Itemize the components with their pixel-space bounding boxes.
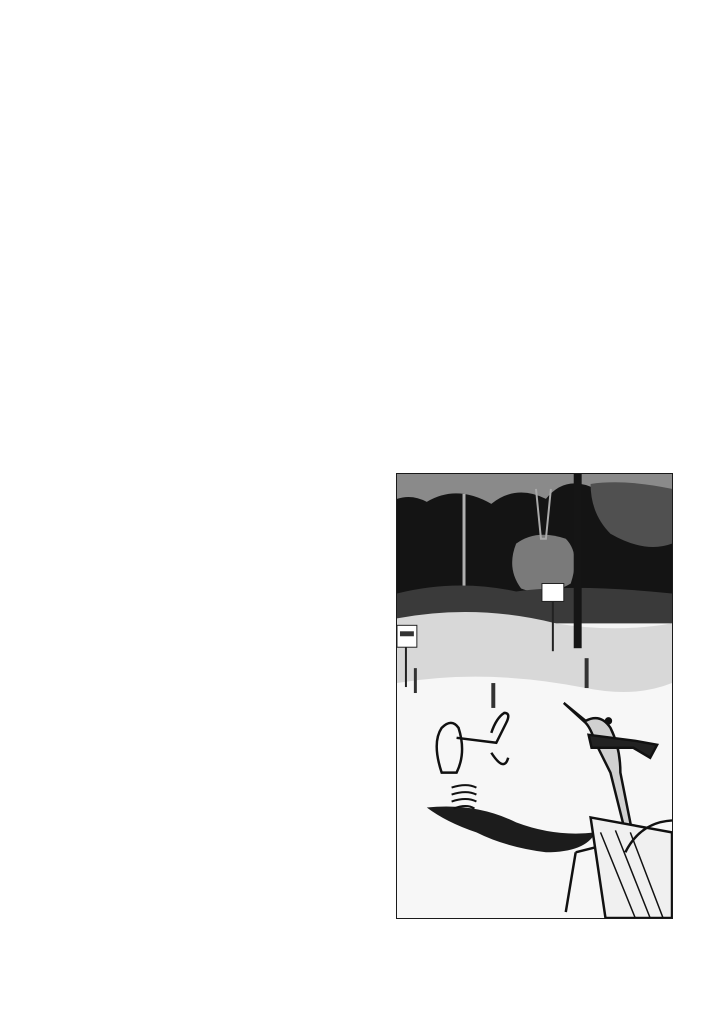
park-scene-illustration [397,474,672,918]
trees-background [397,474,672,623]
lamp-post [574,474,582,648]
manga-panel-park [396,473,673,919]
